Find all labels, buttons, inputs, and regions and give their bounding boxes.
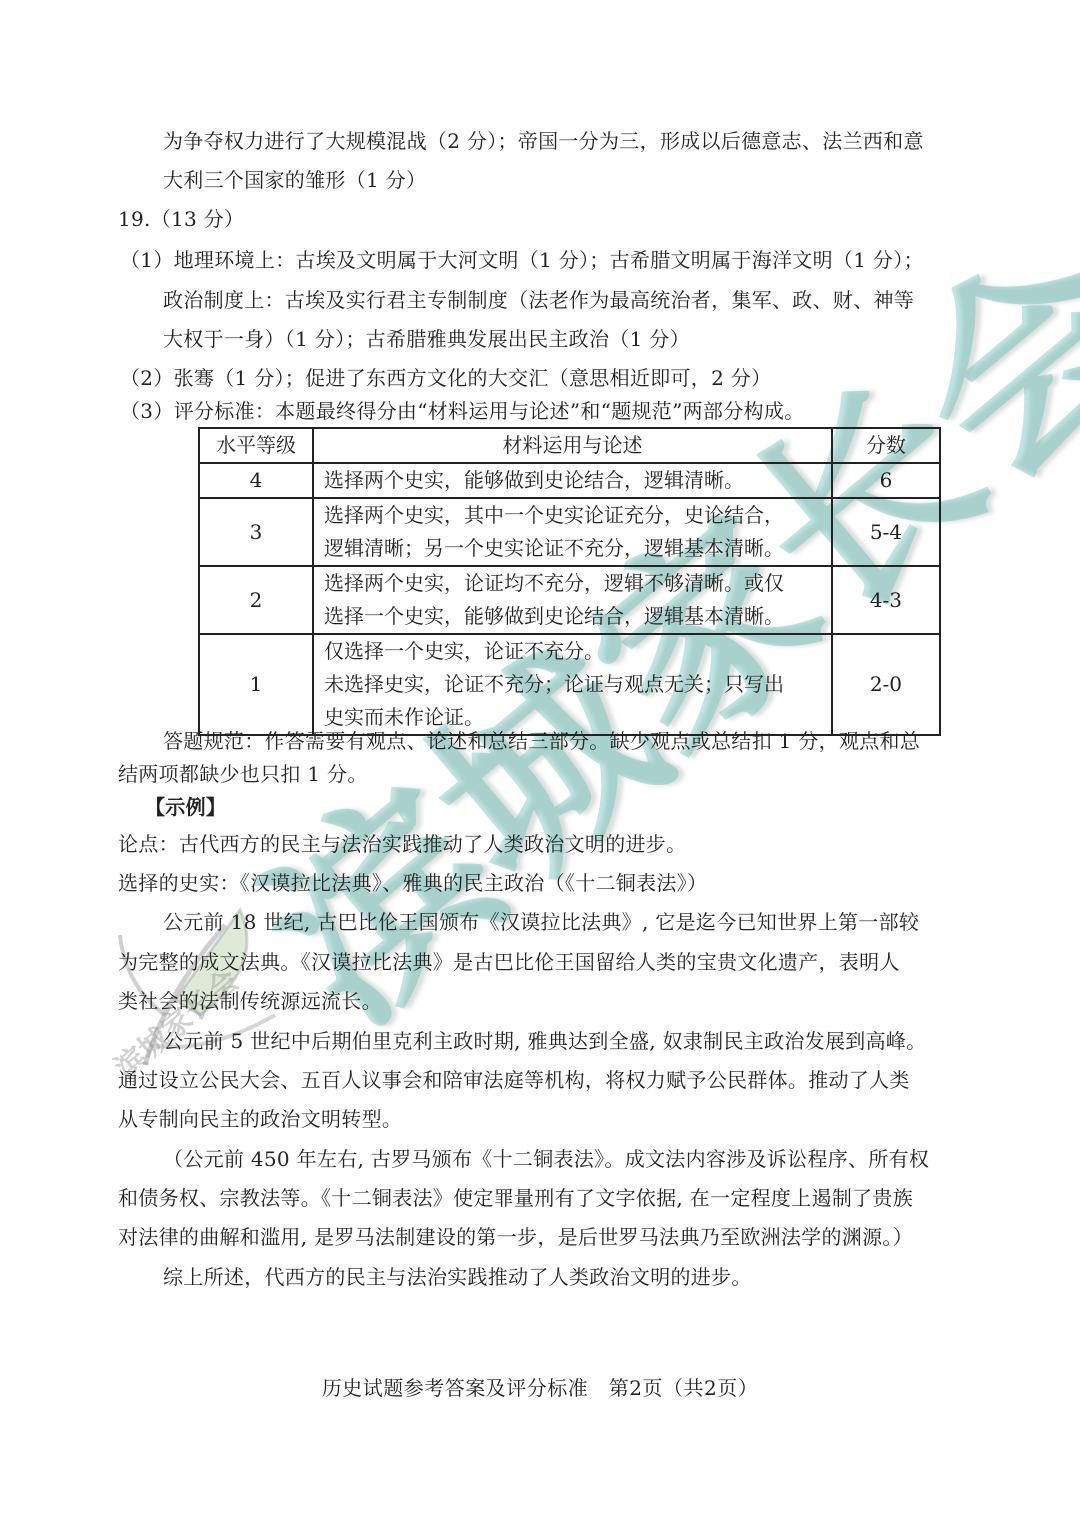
table-header-row: 水平等级 材料运用与论述 分数: [199, 428, 940, 463]
part1-line-1: （1）地理环境上：古埃及文明属于大河文明（1 分）；古希腊文明属于海洋文明（1 …: [120, 246, 924, 274]
score-cell: 5-4: [832, 498, 940, 566]
table-row: 3 选择两个史实，其中一个史实论证充分，史论结合， 逻辑清晰；另一个史实论证不充…: [199, 498, 940, 566]
description-line: 逻辑清晰；另一个史实论证不充分，逻辑基本清晰。: [324, 532, 821, 565]
description-cell: 仅选择一个史实，论证不充分。 未选择史实，论证不充分；论证与观点无关；只写出 史…: [313, 634, 832, 735]
description-cell: 选择两个史实，论证均不充分，逻辑不够清晰。或仅 选择一个史实，能够做到史论结合，…: [313, 566, 832, 634]
table-row: 1 仅选择一个史实，论证不充分。 未选择史实，论证不充分；论证与观点无关；只写出…: [199, 634, 940, 735]
norms-line-1: 答题规范：作答需要有观点、论述和总结三部分。缺少观点或总结扣 1 分，观点和总: [163, 727, 920, 755]
continuation-line-2: 大利三个国家的雏形（1 分）: [163, 166, 426, 194]
part2-line: （2）张骞（1 分）；促进了东西方文化的大交汇（意思相近即可，2 分）: [120, 364, 771, 392]
conclusion-line: 综上所述，代西方的民主与法治实践推动了人类政治文明的进步。: [163, 1263, 752, 1291]
question-header: 19.（13 分）: [118, 205, 244, 233]
para2-line-2: 通过设立公民大会、五百人议事会和陪审法庭等机构，将权力赋予公民群体。推动了人类: [118, 1066, 910, 1094]
description-cell: 选择两个史实，能够做到史论结合，逻辑清晰。: [313, 463, 832, 498]
header-description: 材料运用与论述: [313, 428, 832, 463]
facts-line: 选择的史实：《汉谟拉比法典》、雅典的民主政治（《十二铜表法》）: [118, 869, 707, 897]
para2-line-3: 从专制向民主的政治文明转型。: [118, 1105, 402, 1133]
description-line: 未选择史实，论证不充分；论证与观点无关；只写出: [324, 668, 821, 701]
norms-line-2: 结两项都缺少也只扣 1 分。: [118, 760, 368, 788]
table-row: 2 选择两个史实，论证均不充分，逻辑不够清晰。或仅 选择一个史实，能够做到史论结…: [199, 566, 940, 634]
level-cell: 4: [199, 463, 313, 498]
table-row: 4 选择两个史实，能够做到史论结合，逻辑清晰。 6: [199, 463, 940, 498]
description-line: 选择两个史实，其中一个史实论证充分，史论结合，: [324, 499, 821, 532]
para1-line-3: 类社会的法制传统源远流长。: [118, 987, 382, 1015]
header-score: 分数: [832, 428, 940, 463]
para1-line-2: 为完整的成文法典。《汉谟拉比法典》是古巴比伦王国留给人类的宝贵文化遗产，表明人: [118, 948, 900, 976]
part1-line-3: 大权于一身）（1 分）；古希腊雅典发展出民主政治（1 分）: [163, 325, 690, 353]
level-cell: 3: [199, 498, 313, 566]
page-footer: 历史试题参考答案及评分标准 第2页（共2页）: [0, 1372, 1080, 1401]
part1-line-2: 政治制度上：古埃及实行君主专制制度（法老作为最高统治者，集军、政、财、神等: [163, 286, 914, 314]
description-line: 选择两个史实，能够做到史论结合，逻辑清晰。: [324, 464, 821, 497]
part3-line: （3）评分标准：本题最终得分由“材料运用与论述”和“题规范”两部分构成。: [120, 397, 804, 425]
example-heading: 【示例】: [145, 793, 226, 821]
para3-line-2: 和债务权、宗教法等。《十二铜表法》使定罪量刑有了文字依据, 在一定程度上遏制了贵…: [118, 1184, 913, 1212]
para3-line-1: （公元前 450 年左右, 古罗马颁布《十二铜表法》。成文法内容涉及诉讼程序、所…: [163, 1145, 929, 1173]
para3-line-3: 对法律的曲解和滥用, 是罗马法制建设的第一步，是后世罗马法典乃至欧洲法学的渊源。…: [118, 1223, 913, 1251]
level-cell: 1: [199, 634, 313, 735]
score-cell: 6: [832, 463, 940, 498]
rubric-table: 水平等级 材料运用与论述 分数 4 选择两个史实，能够做到史论结合，逻辑清晰。 …: [198, 427, 941, 736]
description-line: 仅选择一个史实，论证不充分。: [324, 635, 821, 668]
document-page: 滨城家长会 滨城家长会 为争夺权力进行了大规模混战（2 分）；帝国一分为三，形成…: [0, 0, 1080, 1528]
header-level: 水平等级: [199, 428, 313, 463]
score-cell: 4-3: [832, 566, 940, 634]
para2-line-1: 公元前 5 世纪中后期伯里克利主政时期, 雅典达到全盛, 奴隶制民主政治发展到高…: [163, 1027, 926, 1055]
description-line: 选择一个史实，能够做到史论结合，逻辑基本清晰。: [324, 600, 821, 633]
continuation-line-1: 为争夺权力进行了大规模混战（2 分）；帝国一分为三，形成以后德意志、法兰西和意: [163, 127, 924, 155]
score-cell: 2-0: [832, 634, 940, 735]
description-line: 选择两个史实，论证均不充分，逻辑不够清晰。或仅: [324, 567, 821, 600]
thesis-line: 论点：古代西方的民主与法治实践推动了人类政治文明的进步。: [118, 830, 686, 858]
para1-line-1: 公元前 18 世纪, 古巴比伦王国颁布《汉谟拉比法典》, 它是迄今已知世界上第一…: [163, 908, 919, 936]
description-cell: 选择两个史实，其中一个史实论证充分，史论结合， 逻辑清晰；另一个史实论证不充分，…: [313, 498, 832, 566]
level-cell: 2: [199, 566, 313, 634]
